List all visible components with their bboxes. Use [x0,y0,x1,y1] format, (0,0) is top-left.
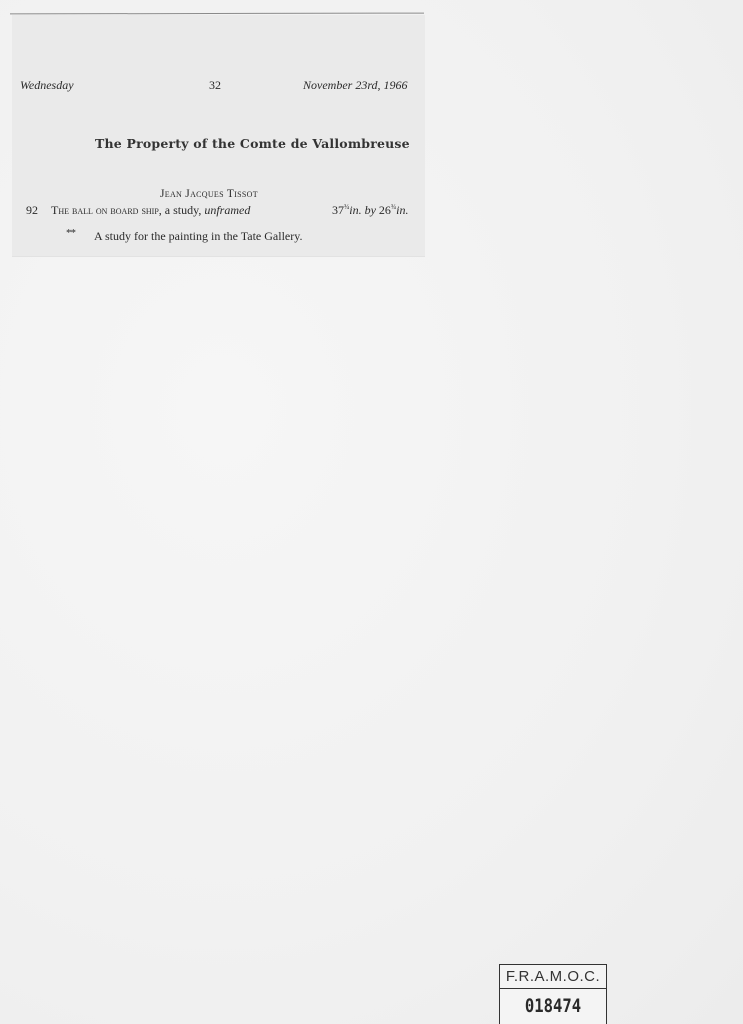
artwork-condition: unframed [204,203,250,217]
height-whole: 37 [332,203,344,217]
artist-name: Jean Jacques Tissot [160,188,258,200]
sale-date: November 23rd, 1966 [303,78,408,93]
artwork-dimensions: 37¾in. by 26¾in. [332,203,409,218]
dims-separator: by [362,203,379,217]
width-whole: 26 [379,203,391,217]
lot-number: 92 [26,203,38,218]
lot-note: A study for the painting in the Tate Gal… [94,229,302,244]
stamp-number: 018474 [510,989,597,1023]
height-unit: in. [349,203,361,217]
page-number: 32 [209,78,221,93]
asterism-icon: ** [66,227,75,239]
artwork-title: The ball on board ship [51,203,159,217]
archive-stamp: F.R.A.M.O.C. 018474 [499,964,607,1024]
stamp-label: F.R.A.M.O.C. [500,965,606,989]
provenance-heading: The Property of the Comte de Vallombreus… [95,136,410,151]
lot-title: The ball on board ship, a study, unframe… [51,203,250,218]
artwork-description: , a study, [159,203,205,217]
width-unit: in. [396,203,408,217]
sale-day: Wednesday [20,78,74,93]
